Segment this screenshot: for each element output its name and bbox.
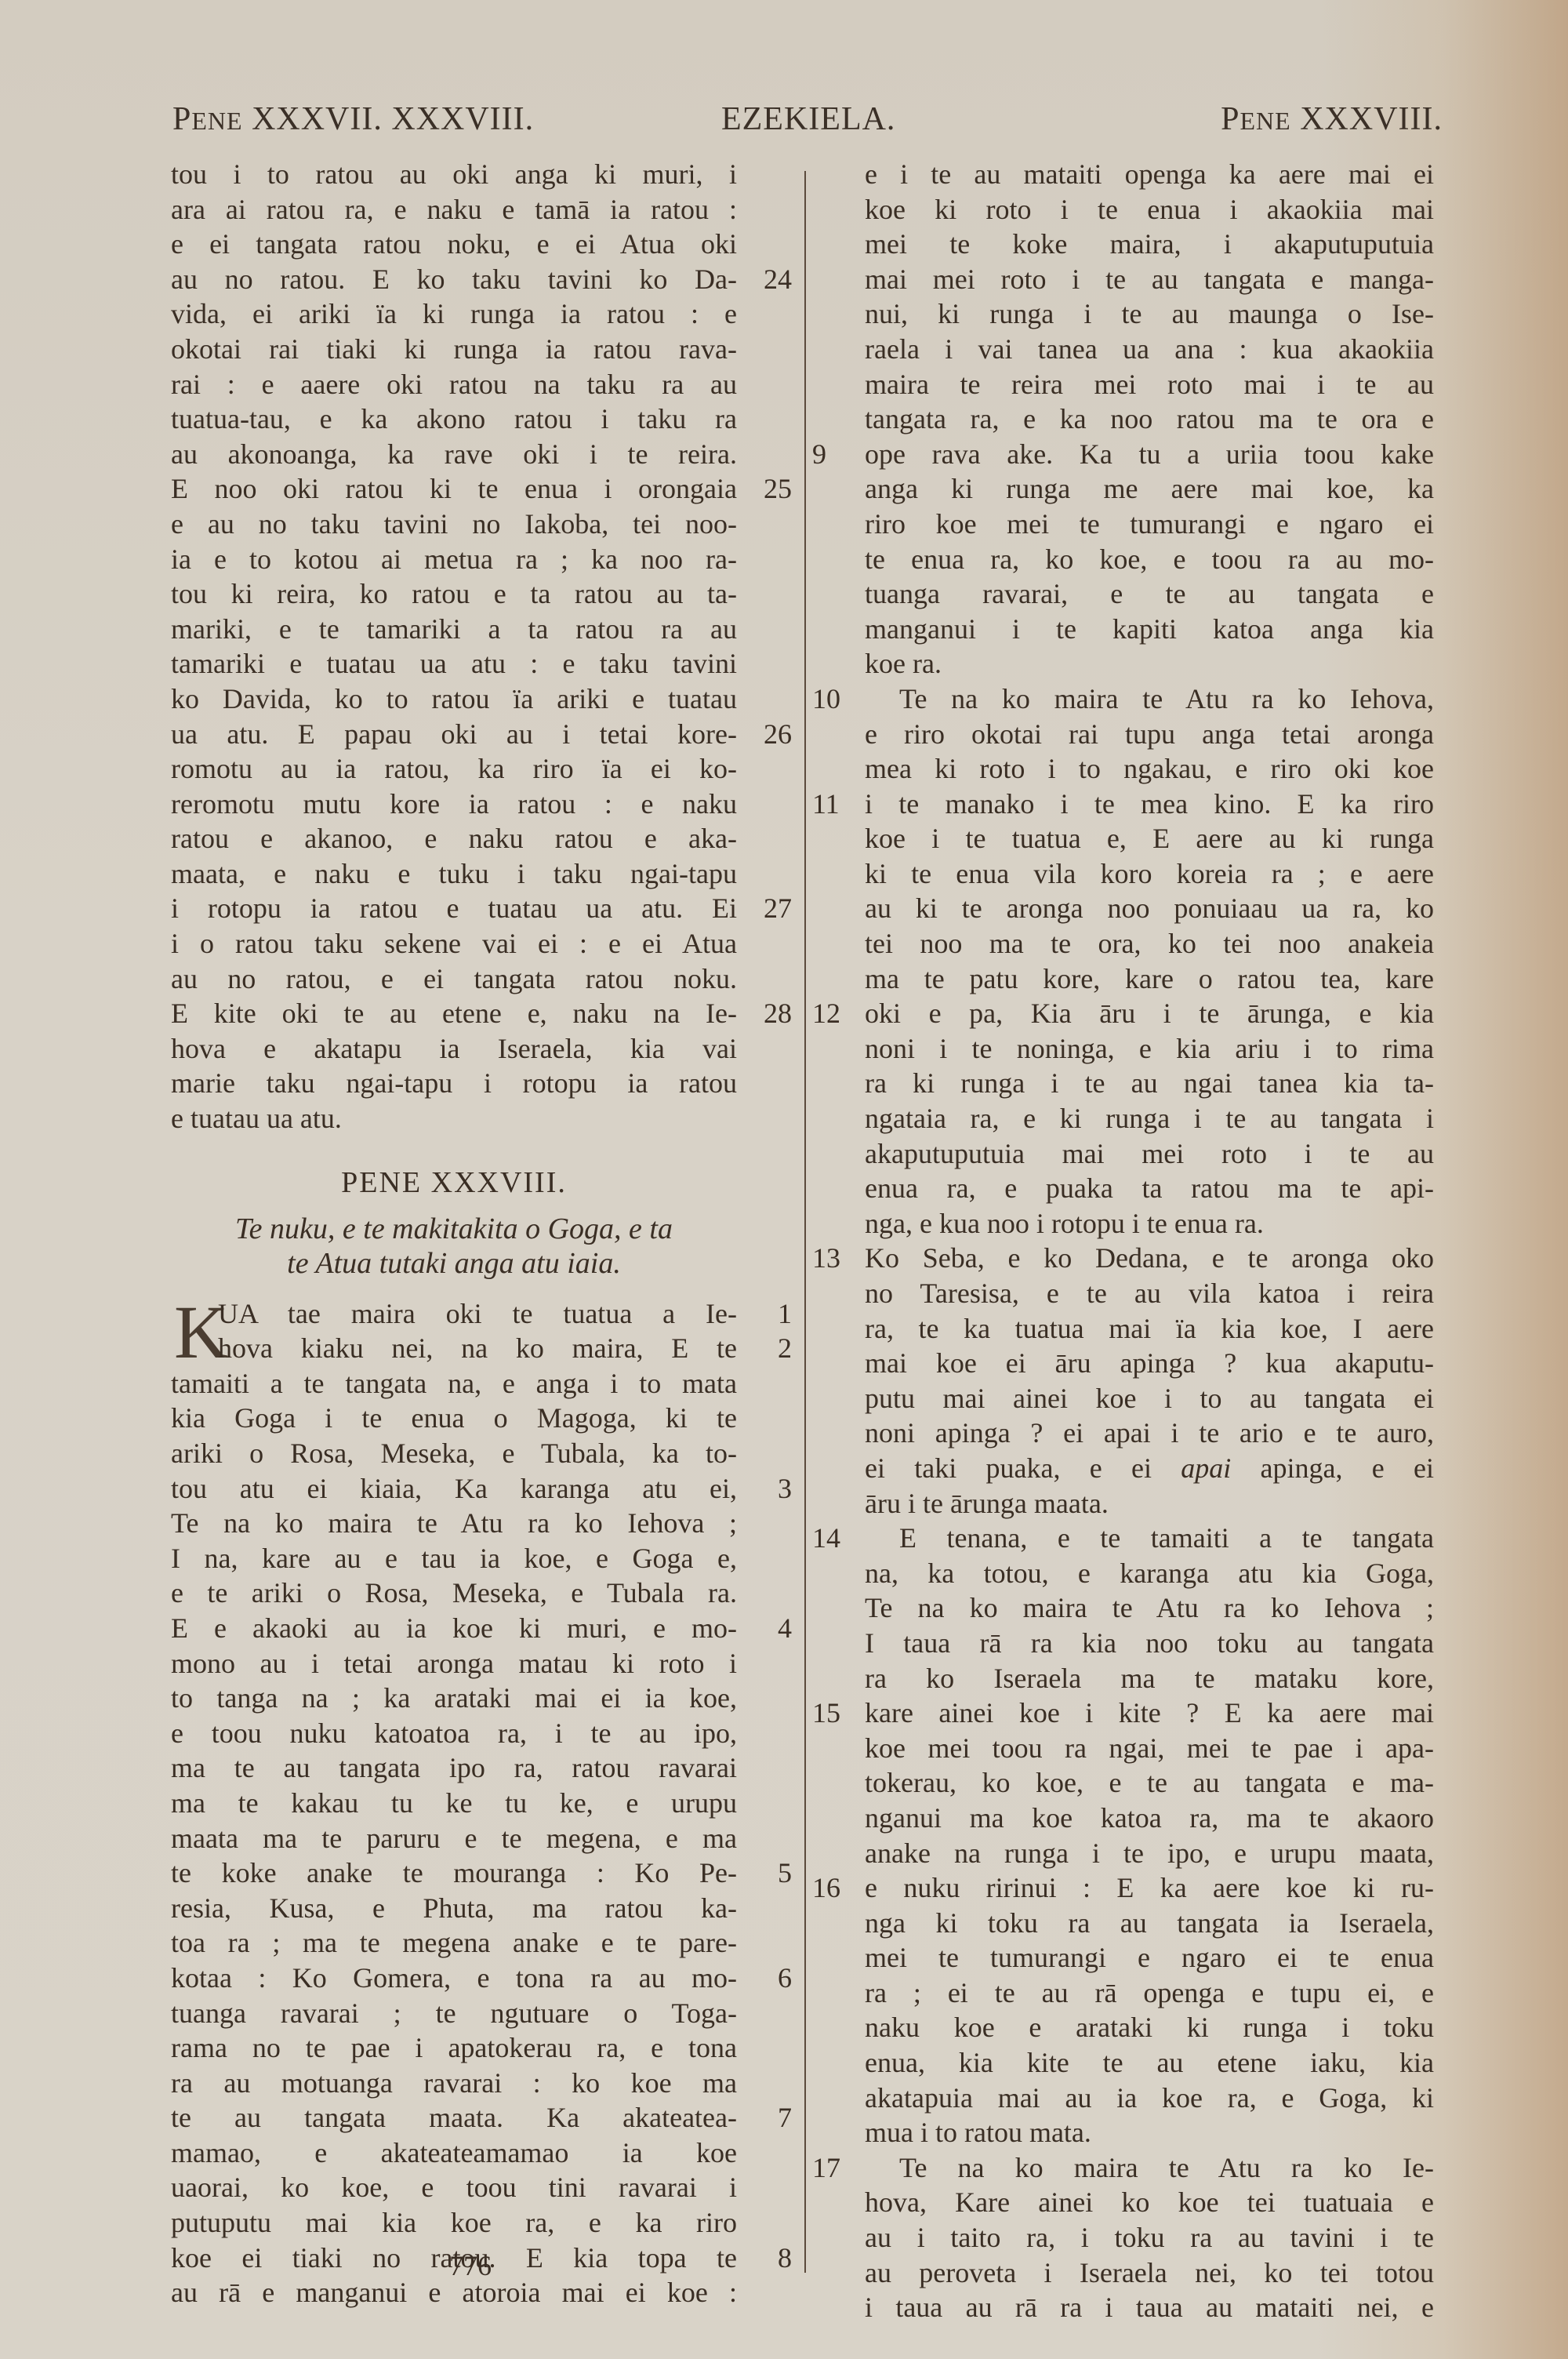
verse-number: 26 (760, 717, 792, 752)
line-text: I na, kare au e tau ia koe, e Goga e, (171, 1541, 737, 1576)
line-text: naku koe e arataki ki runga i toku (865, 2010, 1434, 2045)
line-text: noni i te noninga, e kia ariu i to rima (865, 1031, 1434, 1067)
text-line: ki te enua vila koro koreia ra ; e aere (812, 856, 1455, 892)
text-line: tou i to ratou au oki anga ki muri, i (171, 157, 798, 192)
line-text: putu mai ainei koe i to au tangata ei (865, 1381, 1434, 1416)
text-line: ra ki runga i te au ngai tanea kia ta- (812, 1066, 1455, 1101)
text-line: 9ope rava ake. Ka tu a uriia toou kake (812, 437, 1455, 472)
line-text: mua i to ratou mata. (865, 2115, 1434, 2150)
text-line: ua atu. E papau oki au i tetai kore-26 (171, 717, 798, 752)
running-head-right-initial: P (1221, 101, 1240, 137)
text-line: 11i te manako i te mea kino. E ka riro (812, 787, 1455, 822)
line-text: tokerau, ko koe, e te au tangata e ma- (865, 1765, 1434, 1801)
line-text: tou ki reira, ko ratou e ta ratou au ta- (171, 576, 737, 612)
line-text: I taua rā ra kia noo toku au tangata (865, 1626, 1434, 1661)
line-text: Te na ko maira te Atu ra ko Ie- (865, 2150, 1434, 2186)
text-line: I na, kare au e tau ia koe, e Goga e, (171, 1541, 798, 1576)
line-text: rai : e aaere oki ratou na taku ra au (171, 367, 737, 402)
text-line: e i te au mataiti openga ka aere mai ei (812, 157, 1455, 192)
text-line: nga, e kua noo i rotopu i te enua ra. (812, 1206, 1455, 1241)
line-text-segment: apinga, e ei (1231, 1452, 1434, 1484)
line-text: Te na ko maira te Atu ra ko Iehova ; (171, 1506, 737, 1541)
line-text: E kite oki te au etene e, naku na Ie- (171, 996, 737, 1031)
text-line: ara ai ratou ra, e naku e tamā ia ratou … (171, 192, 798, 227)
line-text: kia Goga i te enua o Magoga, ki te (171, 1401, 737, 1436)
line-text: reromotu mutu kore ia ratou : e naku (171, 787, 737, 822)
text-line: nga ki toku ra au tangata ia Iseraela, (812, 1906, 1455, 1941)
verse-number: 13 (812, 1241, 859, 1276)
page-number: 776 (439, 2249, 502, 2282)
text-line: mai mei roto i te au tangata e manga- (812, 262, 1455, 297)
text-line: te koke anake te mouranga : Ko Pe-5 (171, 1856, 798, 1891)
text-line: mamao, e akateateamamao ia koe (171, 2135, 798, 2171)
line-text: enua, kia kite te au etene iaku, kia (865, 2045, 1434, 2081)
text-line: e te ariki o Rosa, Meseka, e Tubala ra. (171, 1576, 798, 1611)
text-line: ra, te ka tuatua mai ïa kia koe, I aere (812, 1311, 1455, 1347)
running-head-left: PENE XXXVII. XXXVIII. (172, 100, 534, 138)
text-line: ma te patu kore, kare o ratou tea, kare (812, 961, 1455, 997)
line-text: E e akaoki au ia koe ki muri, e mo- (171, 1611, 737, 1646)
text-line: au peroveta i Iseraela nei, ko tei totou (812, 2255, 1455, 2291)
text-line: au no ratou, e ei tangata ratou noku. (171, 961, 798, 997)
line-text: maira te reira mei roto mai i te au (865, 367, 1434, 402)
text-line: tuatua-tau, e ka akono ratou i taku ra (171, 402, 798, 437)
line-text: e nuku ririnui : E ka aere koe ki ru- (865, 1870, 1434, 1906)
line-text: mai koe ei āru apinga ? kua akaputu- (865, 1346, 1434, 1381)
line-text: au ki te aronga noo ponuiaau ua ra, ko (865, 891, 1434, 926)
line-text: Te na ko maira te Atu ra ko Iehova, (865, 682, 1434, 717)
text-line: tangata ra, e ka noo ratou ma te ora e (812, 402, 1455, 437)
text-line: 17Te na ko maira te Atu ra ko Ie- (812, 2150, 1455, 2186)
line-text: ma te patu kore, kare o ratou tea, kare (865, 961, 1434, 997)
text-line: tuanga ravarai, e te au tangata e (812, 576, 1455, 612)
line-text: ara ai ratou ra, e naku e tamā ia ratou … (171, 192, 737, 227)
text-line: tamariki e tuatau ua atu : e taku tavini (171, 646, 798, 682)
running-head-left-initial: P (172, 101, 191, 137)
line-text: na, ka totou, e karanga atu kia Goga, (865, 1556, 1434, 1591)
line-text: anga ki runga me aere mai koe, ka (865, 471, 1434, 507)
verse-number: 15 (812, 1696, 859, 1731)
text-line: akaputuputuia mai mei roto i te au (812, 1136, 1455, 1172)
text-line: ngataia ra, e ki runga i te au tangata i (812, 1101, 1455, 1136)
text-line: au ki te aronga noo ponuiaau ua ra, ko (812, 891, 1455, 926)
text-line: koe ra. (812, 646, 1455, 682)
line-text: hova kiaku nei, na ko maira, E te (218, 1331, 737, 1366)
line-text: maata ma te paruru e te megena, e ma (171, 1821, 737, 1856)
line-text: e toou nuku katoatoa ra, i te au ipo, (171, 1716, 737, 1751)
line-text: tamariki e tuatau ua atu : e taku tavini (171, 646, 737, 682)
text-line: au i taito ra, i toku ra au tavini i te (812, 2220, 1455, 2255)
line-text: i o ratou taku sekene vai ei : e ei Atua (171, 926, 737, 961)
line-text: E noo oki ratou ki te enua i orongaia (171, 471, 737, 507)
running-head-right-smallcaps: ENE (1240, 107, 1291, 135)
line-text: i te manako i te mea kino. E ka riro (865, 787, 1434, 822)
text-line: maata, e naku e tuku i taku ngai-tapu (171, 856, 798, 892)
text-line: tuanga ravarai ; te ngutuare o Toga- (171, 1996, 798, 2031)
text-line: ma te kakau tu ke tu ke, e urupu (171, 1786, 798, 1821)
line-text: te enua ra, ko koe, e toou ra au mo- (865, 542, 1434, 577)
text-line: ko Davida, ko to ratou ïa ariki e tuatau (171, 682, 798, 717)
text-line: manganui i te kapiti katoa anga kia (812, 612, 1455, 647)
text-line: mei te koke maira, i akaputuputuia (812, 227, 1455, 262)
right-column: e i te au mataiti openga ka aere mai eik… (812, 157, 1455, 2325)
text-line: au akonoanga, ka rave oki i te reira. (171, 437, 798, 472)
text-line: te enua ra, ko koe, e toou ra au mo- (812, 542, 1455, 577)
running-head: PENE XXXVII. XXXVIII. EZEKIELA. PENE XXX… (172, 100, 1443, 140)
line-text: tou atu ei kiaia, Ka karanga atu ei, (171, 1471, 737, 1507)
line-text: resia, Kusa, e Phuta, ma ratou ka- (171, 1891, 737, 1926)
text-line: ra ko Iseraela ma te mataku kore, (812, 1661, 1455, 1696)
line-text: romotu au ia ratou, ka riro ïa ei ko- (171, 751, 737, 787)
line-text: ra, te ka tuatua mai ïa kia koe, I aere (865, 1311, 1434, 1347)
line-text: tuanga ravarai, e te au tangata e (865, 576, 1434, 612)
text-line: tei noo ma te ora, ko tei noo anakeia (812, 926, 1455, 961)
line-text: e tuatau ua atu. (171, 1101, 737, 1136)
left-column: tou i to ratou au oki anga ki muri, iara… (171, 157, 798, 2310)
text-line: koe mei toou ra ngai, mei te pae i apa- (812, 1731, 1455, 1766)
line-text: koe ki roto i te enua i akaokiia mai (865, 192, 1434, 227)
text-line: mea ki roto i to ngakau, e riro oki koe (812, 751, 1455, 787)
line-text: au no ratou. E ko taku tavini ko Da- (171, 262, 737, 297)
line-text: i rotopu ia ratou e tuatau ua atu. Ei (171, 891, 737, 926)
text-line: Te na ko maira te Atu ra ko Iehova ; (171, 1506, 798, 1541)
line-text: mea ki roto i to ngakau, e riro oki koe (865, 751, 1434, 787)
text-line: Te na ko maira te Atu ra ko Iehova ; (812, 1590, 1455, 1626)
line-text: ope rava ake. Ka tu a uriia toou kake (865, 437, 1434, 472)
text-line: E kite oki te au etene e, naku na Ie-28 (171, 996, 798, 1031)
line-text: oki e pa, Kia āru i te ārunga, e kia (865, 996, 1434, 1031)
book-page: PENE XXXVII. XXXVIII. EZEKIELA. PENE XXX… (0, 0, 1568, 2359)
line-text: ngataia ra, e ki runga i te au tangata i (865, 1101, 1434, 1136)
line-text: Ko Seba, e ko Dedana, e te aronga oko (865, 1241, 1434, 1276)
line-text: Te na ko maira te Atu ra ko Iehova ; (865, 1590, 1434, 1626)
verse-number: 28 (760, 996, 792, 1031)
line-text: ariki o Rosa, Meseka, e Tubala, ka to- (171, 1436, 737, 1471)
text-line: tamaiti a te tangata na, e anga i to mat… (171, 1366, 798, 1401)
line-text: kotaa : Ko Gomera, e tona ra au mo- (171, 1961, 737, 1996)
running-head-right-chapter: XXXVIII. (1291, 101, 1443, 137)
line-text: te koke anake te mouranga : Ko Pe- (171, 1856, 737, 1891)
text-line: maira te reira mei roto mai i te au (812, 367, 1455, 402)
text-line: E noo oki ratou ki te enua i orongaia25 (171, 471, 798, 507)
line-text: ua atu. E papau oki au i tetai kore- (171, 717, 737, 752)
line-text: ra ki runga i te au ngai tanea kia ta- (865, 1066, 1434, 1101)
verse-number: 3 (760, 1471, 792, 1507)
line-text: te au tangata maata. Ka akateatea- (171, 2100, 737, 2135)
line-text: okotai rai tiaki ki runga ia ratou rava- (171, 332, 737, 367)
line-text: tangata ra, e ka noo ratou ma te ora e (865, 402, 1434, 437)
line-text: koe i te tuatua e, E aere au ki runga (865, 821, 1434, 856)
line-text: rama no te pae i apatokerau ra, e tona (171, 2030, 737, 2066)
text-line: 16e nuku ririnui : E ka aere koe ki ru- (812, 1870, 1455, 1906)
verse-number: 4 (760, 1611, 792, 1646)
text-line: mua i to ratou mata. (812, 2115, 1455, 2150)
line-text: toa ra ; ma te megena anake e te pare- (171, 1925, 737, 1961)
line-text: nganui ma koe katoa ra, ma te akaoro (865, 1801, 1434, 1836)
verse-number: 2 (760, 1331, 792, 1366)
line-text: e te ariki o Rosa, Meseka, e Tubala ra. (171, 1576, 737, 1611)
line-text: āru i te ārunga maata. (865, 1486, 1434, 1521)
chapter-title: PENE XXXVIII. (171, 1155, 737, 1210)
text-line: ia e to kotou ai metua ra ; ka noo ra- (171, 542, 798, 577)
running-head-book-title: EZEKIELA. (721, 100, 895, 138)
text-line: UA tae maira oki te tuatua a Ie-1 (171, 1296, 798, 1332)
verse-number: 16 (812, 1870, 859, 1906)
text-line: āru i te ārunga maata. (812, 1486, 1455, 1521)
line-text: kare ainei koe i kite ? E ka aere mai (865, 1696, 1434, 1731)
verse-number: 12 (812, 996, 859, 1031)
text-line: ra au motuanga ravarai : ko koe ma (171, 2066, 798, 2101)
line-text: ra ; ei te au rā openga e tupu ei, e (865, 1976, 1434, 2011)
left-column-continued-text: tou i to ratou au oki anga ki muri, iara… (171, 157, 798, 1136)
line-text: raela i vai tanea ua ana : kua akaokiia (865, 332, 1434, 367)
line-text: ma te au tangata ipo ra, ratou ravarai (171, 1750, 737, 1786)
text-line: au no ratou. E ko taku tavini ko Da-24 (171, 262, 798, 297)
line-text: tuanga ravarai ; te ngutuare o Toga- (171, 1996, 737, 2031)
line-text: mei te koke maira, i akaputuputuia (865, 227, 1434, 262)
line-text: E tenana, e te tamaiti a te tangata (865, 1521, 1434, 1556)
verse-number: 24 (760, 262, 792, 297)
text-line: mariki, e te tamariki a ta ratou ra au (171, 612, 798, 647)
column-divider (804, 171, 806, 2273)
running-head-right: PENE XXXVIII. (1221, 100, 1443, 138)
text-line: raela i vai tanea ua ana : kua akaokiia (812, 332, 1455, 367)
line-text: akaputuputuia mai mei roto i te au (865, 1136, 1434, 1172)
text-line: toa ra ; ma te megena anake e te pare- (171, 1925, 798, 1961)
line-text: koe mei toou ra ngai, mei te pae i apa- (865, 1731, 1434, 1766)
text-line: enua ra, e puaka ta ratou ma te api- (812, 1171, 1455, 1206)
text-line: I taua rā ra kia noo toku au tangata (812, 1626, 1455, 1661)
line-text: to tanga na ; ka arataki mai ei ia koe, (171, 1681, 737, 1716)
chapter-summary: Te nuku, e te makitakita o Goga, e ta te… (171, 1212, 737, 1281)
line-text: hova, Kare ainei ko koe tei tuatuaia e (865, 2185, 1434, 2220)
text-line: 15kare ainei koe i kite ? E ka aere mai (812, 1696, 1455, 1731)
line-text: ei taki puaka, e ei apai apinga, e ei (865, 1451, 1434, 1486)
line-text: riro koe mei te tumurangi e ngaro ei (865, 507, 1434, 542)
text-line: akatapuia mai au ia koe ra, e Goga, ki (812, 2081, 1455, 2116)
text-line: kotaa : Ko Gomera, e tona ra au mo-6 (171, 1961, 798, 1996)
text-line: vida, ei ariki ïa ki runga ia ratou : e (171, 296, 798, 332)
text-line: ratou e akanoo, e naku ratou e aka- (171, 821, 798, 856)
line-text: putuputu mai kia koe ra, e ka riro (171, 2205, 737, 2241)
text-line: tokerau, ko koe, e te au tangata e ma- (812, 1765, 1455, 1801)
line-text: au akonoanga, ka rave oki i te reira. (171, 437, 737, 472)
text-line: mei te tumurangi e ngaro ei te enua (812, 1940, 1455, 1976)
text-line: koe i te tuatua e, E aere au ki runga (812, 821, 1455, 856)
text-line: resia, Kusa, e Phuta, ma ratou ka- (171, 1891, 798, 1926)
line-text: nga ki toku ra au tangata ia Iseraela, (865, 1906, 1434, 1941)
verse-number: 27 (760, 891, 792, 926)
text-line: naku koe e arataki ki runga i toku (812, 2010, 1455, 2045)
text-line: mai koe ei āru apinga ? kua akaputu- (812, 1346, 1455, 1381)
line-text: mariki, e te tamariki a ta ratou ra au (171, 612, 737, 647)
line-text: mamao, e akateateamamao ia koe (171, 2135, 737, 2171)
line-text: koe ra. (865, 646, 1434, 682)
text-line: marie taku ngai-tapu i rotopu ia ratou (171, 1066, 798, 1101)
line-text: i taua au rā ra i taua au mataiti nei, e (865, 2290, 1434, 2325)
line-text: e i te au mataiti openga ka aere mai ei (865, 157, 1434, 192)
line-text: enua ra, e puaka ta ratou ma te api- (865, 1171, 1434, 1206)
text-line: e riro okotai rai tupu anga tetai aronga (812, 717, 1455, 752)
text-line: enua, kia kite te au etene iaku, kia (812, 2045, 1455, 2081)
line-text: e riro okotai rai tupu anga tetai aronga (865, 717, 1434, 752)
text-line: okotai rai tiaki ki runga ia ratou rava- (171, 332, 798, 367)
verse-number: 11 (812, 787, 859, 822)
line-text: marie taku ngai-tapu i rotopu ia ratou (171, 1066, 737, 1101)
line-text: manganui i te kapiti katoa anga kia (865, 612, 1434, 647)
verse-number: 8 (760, 2241, 792, 2276)
line-text: e ei tangata ratou noku, e ei Atua oki (171, 227, 737, 262)
line-text: akatapuia mai au ia koe ra, e Goga, ki (865, 2081, 1434, 2116)
line-text: hova e akatapu ia Iseraela, kia vai (171, 1031, 737, 1067)
verse-number: 5 (760, 1856, 792, 1891)
text-line: i rotopu ia ratou e tuatau ua atu. Ei27 (171, 891, 798, 926)
text-line: koe ki roto i te enua i akaokiia mai (812, 192, 1455, 227)
text-line: i o ratou taku sekene vai ei : e ei Atua (171, 926, 798, 961)
text-line: reromotu mutu kore ia ratou : e naku (171, 787, 798, 822)
line-text: ia e to kotou ai metua ra ; ka noo ra- (171, 542, 737, 577)
line-text: tei noo ma te ora, ko tei noo anakeia (865, 926, 1434, 961)
line-text: mai mei roto i te au tangata e manga- (865, 262, 1434, 297)
chapter-summary-line: te Atua tutaki anga atu iaia. (171, 1246, 737, 1281)
text-line: anake na runga i te ipo, e urupu maata, (812, 1836, 1455, 1871)
text-line: ra ; ei te au rā openga e tupu ei, e (812, 1976, 1455, 2011)
text-line: riro koe mei te tumurangi e ngaro ei (812, 507, 1455, 542)
text-line: e toou nuku katoatoa ra, i te au ipo, (171, 1716, 798, 1751)
chapter-opening: K UA tae maira oki te tuatua a Ie-1hova … (171, 1296, 798, 1366)
text-line: noni i te noninga, e kia ariu i to rima (812, 1031, 1455, 1067)
line-text: vida, ei ariki ïa ki runga ia ratou : e (171, 296, 737, 332)
line-text-segment: ei taki puaka, e ei (865, 1452, 1181, 1484)
verse-number: 17 (812, 2150, 859, 2186)
line-text: e au no taku tavini no Iakoba, tei noo- (171, 507, 737, 542)
verse-number: 1 (760, 1296, 792, 1332)
line-text: tamaiti a te tangata na, e anga i to mat… (171, 1366, 737, 1401)
verse-number: 10 (812, 682, 859, 717)
text-line: 10Te na ko maira te Atu ra ko Iehova, (812, 682, 1455, 717)
line-text: uaorai, ko koe, e toou tini ravarai i (171, 2170, 737, 2205)
text-line: rama no te pae i apatokerau ra, e tona (171, 2030, 798, 2066)
line-text: ra ko Iseraela ma te mataku kore, (865, 1661, 1434, 1696)
running-head-left-chapters: XXXVII. XXXVIII. (243, 101, 535, 137)
line-text: ki te enua vila koro koreia ra ; e aere (865, 856, 1434, 892)
text-line: to tanga na ; ka arataki mai ei ia koe, (171, 1681, 798, 1716)
text-line: 14E tenana, e te tamaiti a te tangata (812, 1521, 1455, 1556)
text-line: uaorai, ko koe, e toou tini ravarai i (171, 2170, 798, 2205)
text-line: noni apinga ? ei apai i te ario e te aur… (812, 1416, 1455, 1451)
text-line: e au no taku tavini no Iakoba, tei noo- (171, 507, 798, 542)
line-text: nui, ki runga i te au maunga o Ise- (865, 296, 1434, 332)
line-text: anake na runga i te ipo, e urupu maata, (865, 1836, 1434, 1871)
text-line: te au tangata maata. Ka akateatea-7 (171, 2100, 798, 2135)
verse-number: 7 (760, 2100, 792, 2135)
italic-word: apai (1181, 1452, 1231, 1484)
text-line: tou atu ei kiaia, Ka karanga atu ei,3 (171, 1471, 798, 1507)
text-line: e ei tangata ratou noku, e ei Atua oki (171, 227, 798, 262)
text-line: 12oki e pa, Kia āru i te ārunga, e kia (812, 996, 1455, 1031)
text-line: putu mai ainei koe i to au tangata ei (812, 1381, 1455, 1416)
line-text: au i taito ra, i toku ra au tavini i te (865, 2220, 1434, 2255)
line-text: ma te kakau tu ke tu ke, e urupu (171, 1786, 737, 1821)
text-line: hova, Kare ainei ko koe tei tuatuaia e (812, 2185, 1455, 2220)
text-line: nui, ki runga i te au maunga o Ise- (812, 296, 1455, 332)
line-text: tuatua-tau, e ka akono ratou i taku ra (171, 402, 737, 437)
text-line: i taua au rā ra i taua au mataiti nei, e (812, 2290, 1455, 2325)
text-line: no Taresisa, e te au vila katoa i reira (812, 1276, 1455, 1311)
verse-number: 9 (812, 437, 859, 472)
chapter-summary-line: Te nuku, e te makitakita o Goga, e ta (171, 1212, 737, 1246)
drop-cap-lines: UA tae maira oki te tuatua a Ie-1hova ki… (171, 1296, 798, 1366)
line-text: no Taresisa, e te au vila katoa i reira (865, 1276, 1434, 1311)
text-line: nganui ma koe katoa ra, ma te akaoro (812, 1801, 1455, 1836)
line-text: au no ratou, e ei tangata ratou noku. (171, 961, 737, 997)
line-text: tou i to ratou au oki anga ki muri, i (171, 157, 737, 192)
line-text: ra au motuanga ravarai : ko koe ma (171, 2066, 737, 2101)
line-text: ratou e akanoo, e naku ratou e aka- (171, 821, 737, 856)
text-line: romotu au ia ratou, ka riro ïa ei ko- (171, 751, 798, 787)
verse-number: 14 (812, 1521, 859, 1556)
verse-number: 25 (760, 471, 792, 507)
text-line: tou ki reira, ko ratou e ta ratou au ta- (171, 576, 798, 612)
line-text: au peroveta i Iseraela nei, ko tei totou (865, 2255, 1434, 2291)
text-line: hova kiaku nei, na ko maira, E te2 (171, 1331, 798, 1366)
line-text: maata, e naku e tuku i taku ngai-tapu (171, 856, 737, 892)
line-text: mono au i tetai aronga matau ki roto i (171, 1646, 737, 1681)
text-line: ei taki puaka, e ei apai apinga, e ei (812, 1451, 1455, 1486)
line-text: noni apinga ? ei apai i te ario e te aur… (865, 1416, 1434, 1451)
text-line: putuputu mai kia koe ra, e ka riro (171, 2205, 798, 2241)
right-column-verses: e i te au mataiti openga ka aere mai eik… (812, 157, 1455, 2325)
text-line: na, ka totou, e karanga atu kia Goga, (812, 1556, 1455, 1591)
text-line: rai : e aaere oki ratou na taku ra au (171, 367, 798, 402)
line-text: ko Davida, ko to ratou ïa ariki e tuatau (171, 682, 737, 717)
left-column-verses: tamaiti a te tangata na, e anga i to mat… (171, 1366, 798, 2310)
line-text: UA tae maira oki te tuatua a Ie- (218, 1296, 737, 1332)
text-line: ariki o Rosa, Meseka, e Tubala, ka to- (171, 1436, 798, 1471)
text-line: kia Goga i te enua o Magoga, ki te (171, 1401, 798, 1436)
verse-number: 6 (760, 1961, 792, 1996)
text-line: ma te au tangata ipo ra, ratou ravarai (171, 1750, 798, 1786)
text-line: 13Ko Seba, e ko Dedana, e te aronga oko (812, 1241, 1455, 1276)
text-line: anga ki runga me aere mai koe, ka (812, 471, 1455, 507)
text-line: hova e akatapu ia Iseraela, kia vai (171, 1031, 798, 1067)
text-line: maata ma te paruru e te megena, e ma (171, 1821, 798, 1856)
line-text: mei te tumurangi e ngaro ei te enua (865, 1940, 1434, 1976)
text-line: E e akaoki au ia koe ki muri, e mo-4 (171, 1611, 798, 1646)
text-line: e tuatau ua atu. (171, 1101, 798, 1136)
running-head-left-smallcaps: ENE (191, 107, 242, 135)
text-line: mono au i tetai aronga matau ki roto i (171, 1646, 798, 1681)
line-text: nga, e kua noo i rotopu i te enua ra. (865, 1206, 1434, 1241)
